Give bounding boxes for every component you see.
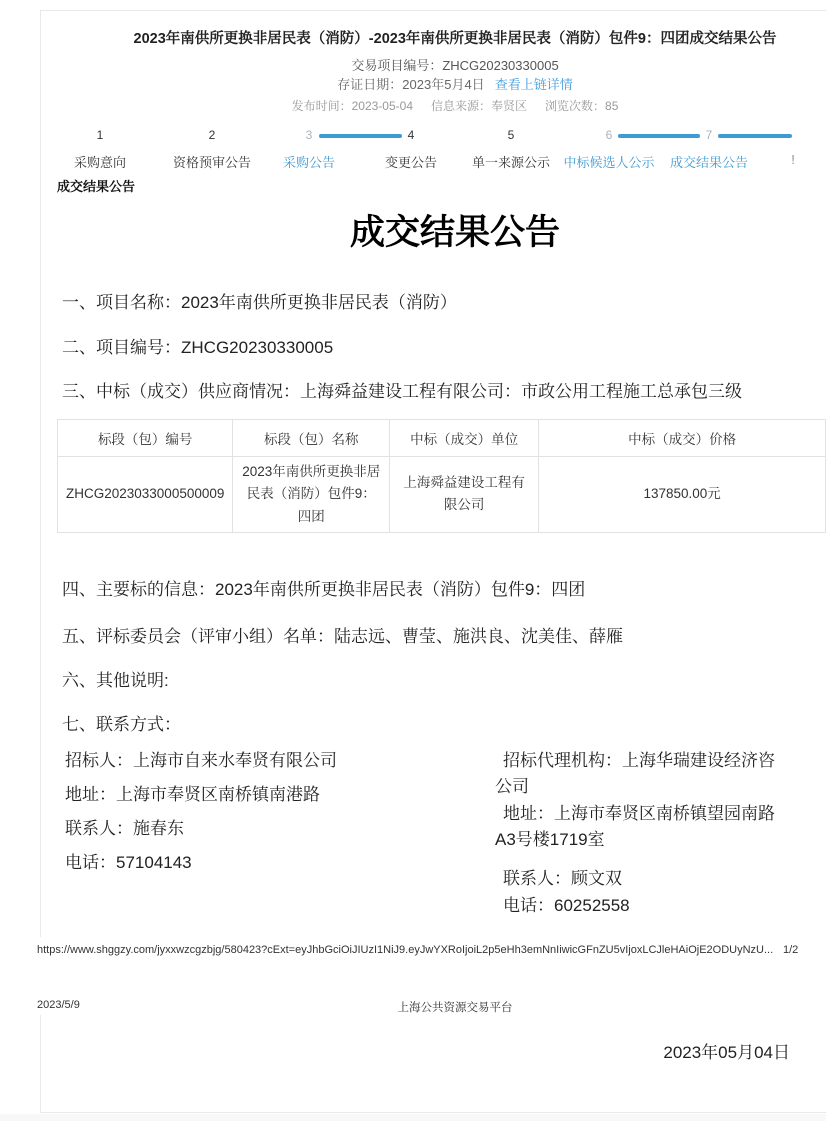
- agency-name-line2: 公司: [495, 772, 529, 797]
- table-header-row: 标段（包）编号 标段（包）名称 中标（成交）单位 中标（成交）价格: [58, 420, 826, 457]
- section-contact-heading: 七、联系方式：: [62, 710, 181, 735]
- agency-name-line1: 招标代理机构：上海华瑞建设经济咨: [503, 746, 775, 771]
- agency-address-line1: 地址：上海市奉贤区南桥镇望园南路: [503, 799, 775, 824]
- step-label: 成交结果公告: [649, 152, 769, 171]
- result-table: 标段（包）编号 标段（包）名称 中标（成交）单位 中标（成交）价格 ZHCG20…: [57, 419, 826, 533]
- step-label: 采购意向: [40, 152, 160, 171]
- page-title: 成交结果公告: [40, 205, 826, 255]
- table-row: ZHCG2023033000500009 2023年南供所更换非居民表（消防）包…: [58, 457, 826, 533]
- site-name: 上海公共资源交易平台: [40, 999, 826, 1015]
- cell-lot-number: ZHCG2023033000500009: [58, 457, 233, 533]
- publish-meta-line: 发布时间：2023-05-04信息来源：奉贤区浏览次数：85: [40, 97, 826, 114]
- col-header-lot-number: 标段（包）编号: [58, 420, 233, 457]
- page-margin-strip: [0, 1114, 826, 1121]
- agency-address-line2: A3号楼1719室: [495, 825, 605, 850]
- agency-phone: 电话：60252558: [503, 891, 630, 916]
- page-indicator: 1/2: [783, 944, 798, 956]
- col-header-lot-name: 标段（包）名称: [233, 420, 390, 457]
- tenderer-contact-person: 联系人：施春东: [65, 814, 184, 839]
- progress-line-after-7: [718, 134, 792, 138]
- tenderer-address: 地址：上海市奉贤区南桥镇南港路: [65, 780, 320, 805]
- breadcrumb-current: 成交结果公告: [57, 176, 135, 195]
- col-header-winning-price: 中标（成交）价格: [539, 420, 826, 457]
- progress-line-6-7: [618, 134, 700, 138]
- tenderer-phone: 电话：57104143: [65, 848, 192, 873]
- section-project-number: 二、项目编号：ZHCG20230330005: [62, 333, 333, 358]
- progress-line-3-4: [319, 134, 402, 138]
- step-label: !: [786, 152, 800, 167]
- cert-date: 存证日期：2023年5月4日: [337, 77, 484, 92]
- step-purchase-intent[interactable]: 1 采购意向: [40, 128, 160, 171]
- publish-time: 发布时间：2023-05-04: [292, 99, 413, 113]
- section-other-notes: 六、其他说明:: [62, 666, 169, 691]
- cell-winning-unit: 上海舜益建设工程有限公司: [390, 457, 539, 533]
- document-title: 2023年南供所更换非居民表（消防）-2023年南供所更换非居民表（消防）包件9…: [40, 27, 826, 48]
- tenderer-name: 招标人：上海市自来水奉贤有限公司: [65, 746, 337, 771]
- cell-lot-name: 2023年南供所更换非居民表（消防）包件9：四团: [233, 457, 390, 533]
- section-committee: 五、评标委员会（评审小组）名单：陆志远、曹莹、施洪良、沈美佳、薛雁: [62, 622, 623, 647]
- view-count: 浏览次数：85: [545, 99, 618, 113]
- step-number: 1: [40, 128, 160, 144]
- print-url: https://www.shggzy.com/jyxxwzcgzbjg/5804…: [37, 944, 773, 956]
- page2-content-box: [40, 1015, 826, 1113]
- section-winning-supplier: 三、中标（成交）供应商情况：上海舜益建设工程有限公司：市政公用工程施工总承包三级: [62, 377, 742, 402]
- view-chain-link[interactable]: 查看上链详情: [495, 77, 573, 92]
- cell-winning-price: 137850.00元: [539, 457, 826, 533]
- col-header-winning-unit: 中标（成交）单位: [390, 420, 539, 457]
- section-project-name: 一、项目名称：2023年南供所更换非居民表（消防）: [62, 288, 457, 313]
- cert-date-line: 存证日期：2023年5月4日查看上链详情: [40, 74, 826, 93]
- trade-project-number: 交易项目编号：ZHCG20230330005: [40, 55, 826, 74]
- section-subject-info: 四、主要标的信息：2023年南供所更换非居民表（消防）包件9：四团: [62, 575, 585, 600]
- info-source: 信息来源：奉贤区: [431, 99, 527, 113]
- pdf-print-page: { "colors": { "accent_blue": "#3d9ad2", …: [0, 0, 826, 1121]
- document-date: 2023年05月04日: [440, 1038, 790, 1063]
- agency-contact-person: 联系人：顾文双: [503, 864, 622, 889]
